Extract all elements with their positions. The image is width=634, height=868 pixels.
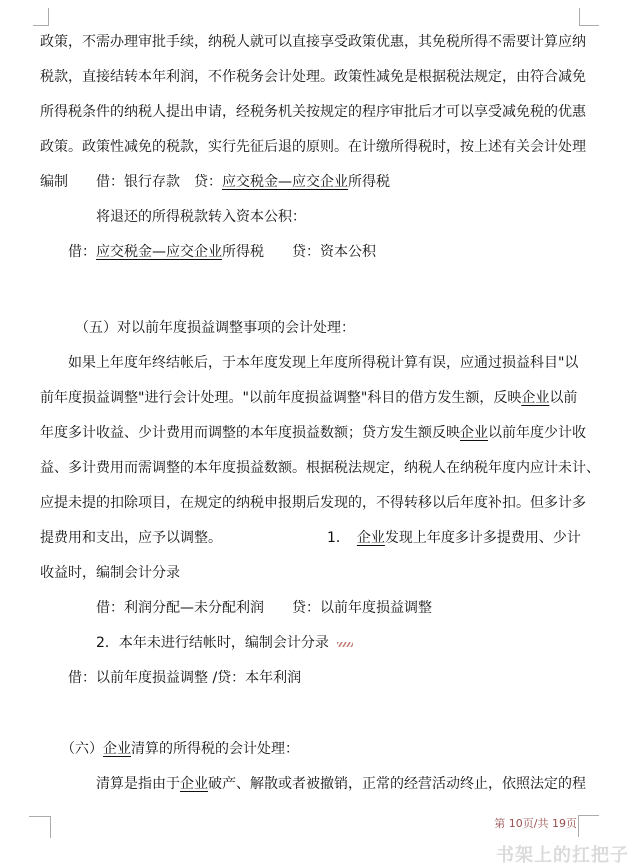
text-line: 清算是指由于企业破产、解散或者被撤销，正常的经营活动终止，依照法定的程 (40, 767, 600, 802)
text-line: 所得税条件的纳税人提出申请，经税务机关按规定的程序审批后才可以享受减免税的优惠 (40, 95, 600, 130)
text-segment: （五）对以前年度损益调整事项的会计处理： (40, 320, 355, 336)
underlined-text-segment: 应交税金—应交企业 (222, 174, 348, 190)
text-line: 政策，不需办理审批手续，纳税人就可以直接享受政策优惠，其免税所得不需要计算应纳 (40, 25, 600, 60)
text-segment: 破产、解散或者被撤销，正常的经营活动终止，依照法定的程 (208, 776, 586, 792)
text-segment: 政策。政策性减免的税款，实行先征后退的原则。在计缴所得税时，按上述有关会计处理 (40, 139, 586, 155)
underlined-text-segment: 企业 (103, 741, 131, 757)
text-segment: 以前 (549, 390, 577, 406)
text-segment: （六） (40, 741, 103, 757)
text-line: 收益时，编制会计分录 (40, 556, 600, 591)
margin-crop-mark-bottom-right (578, 815, 599, 837)
text-segment: 以前年度少计收 (488, 425, 586, 441)
text-line: 应提未提的扣除项目，在规定的纳税申报期后发现的，不得转移以后年度补扣。但多计多 (40, 486, 600, 521)
spellcheck-squiggle-icon (337, 642, 353, 647)
text-segment: 所得税条件的纳税人提出申请，经税务机关按规定的程序审批后才可以享受减免税的优惠 (40, 104, 586, 120)
underlined-text-segment: 企业 (357, 530, 385, 546)
paragraph-block: 政策，不需办理审批手续，纳税人就可以直接享受政策优惠，其免税所得不需要计算应纳税… (40, 25, 600, 270)
text-segment: 借：利润分配—未分配利润 贷：以前年度损益调整 (40, 600, 432, 616)
text-segment: 益、多计费用而需调整的本年度损益数额。根据税法规定，纳税人在纳税年度内应计未计、 (40, 460, 600, 476)
underlined-text-segment: 企业 (180, 776, 208, 792)
text-segment: 税款，直接结转本年利润，不作税务会计处理。政策性减免是根据税法规定，由符合减免 (40, 69, 586, 85)
margin-crop-mark-top-right (579, 8, 599, 26)
text-segment: 2．本年未进行结帐时，编制会计分录 (40, 635, 329, 651)
text-segment: 清算的所得税的会计处理： (131, 741, 299, 757)
document-content: 政策，不需办理审批手续，纳税人就可以直接享受政策优惠，其免税所得不需要计算应纳税… (40, 25, 600, 802)
text-line: 将退还的所得税款转入资本公积： (40, 200, 600, 235)
text-segment: 收益时，编制会计分录 (40, 565, 180, 581)
text-segment: 编制 借：银行存款 贷： (40, 174, 222, 190)
watermark-text: 书架上的扛把子 (496, 841, 629, 867)
text-line: （六）企业清算的所得税的会计处理： (40, 732, 600, 767)
text-segment: 清算是指由于 (40, 776, 180, 792)
margin-crop-mark-top-left (33, 8, 49, 26)
text-line: 年度多计收益、少计费用而调整的本年度损益数额；贷方发生额反映企业以前年度少计收 (40, 416, 600, 451)
text-line: 2．本年未进行结帐时，编制会计分录 (40, 626, 600, 661)
text-segment: 借： (40, 244, 96, 260)
text-line: 税款，直接结转本年利润，不作税务会计处理。政策性减免是根据税法规定，由符合减免 (40, 60, 600, 95)
underlined-text-segment: 企业 (521, 390, 549, 406)
text-line: 借：以前年度损益调整 /贷：本年利润 (40, 661, 600, 696)
text-line: 编制 借：银行存款 贷：应交税金—应交企业所得税 (40, 165, 600, 200)
text-segment: 所得税 贷：资本公积 (222, 244, 376, 260)
text-line: 政策。政策性减免的税款，实行先征后退的原则。在计缴所得税时，按上述有关会计处理 (40, 130, 600, 165)
text-segment: 政策，不需办理审批手续，纳税人就可以直接享受政策优惠，其免税所得不需要计算应纳 (40, 34, 586, 50)
document-page: 政策，不需办理审批手续，纳税人就可以直接享受政策优惠，其免税所得不需要计算应纳税… (0, 0, 634, 868)
text-line: （五）对以前年度损益调整事项的会计处理： (40, 311, 600, 346)
text-line: 如果上年度年终结帐后，于本年度发现上年度所得税计算有误，应通过损益科目"以 (40, 346, 600, 381)
text-segment: 借：以前年度损益调整 /贷：本年利润 (40, 670, 301, 686)
underlined-text-segment: 企业 (460, 425, 488, 441)
text-segment: 如果上年度年终结帐后，于本年度发现上年度所得税计算有误，应通过损益科目"以 (40, 355, 578, 371)
text-line: 前年度损益调整"进行会计处理。"以前年度损益调整"科目的借方发生额，反映企业以前 (40, 381, 600, 416)
text-segment: 应提未提的扣除项目，在规定的纳税申报期后发现的，不得转移以后年度补扣。但多计多 (40, 495, 586, 511)
text-segment: 发现上年度多计多提费用、少计 (385, 530, 581, 546)
text-segment: 将退还的所得税款转入资本公积： (40, 209, 306, 225)
paragraph-block: （六）企业清算的所得税的会计处理： 清算是指由于企业破产、解散或者被撤销，正常的… (40, 732, 600, 802)
text-line: 借：应交税金—应交企业所得税 贷：资本公积 (40, 235, 600, 270)
text-line: 提费用和支出，应予以调整。 1． 企业发现上年度多计多提费用、少计 (40, 521, 600, 556)
text-line: 借：利润分配—未分配利润 贷：以前年度损益调整 (40, 591, 600, 626)
page-number-indicator: 第 10页/共 19页 (0, 816, 577, 832)
paragraph-block: （五）对以前年度损益调整事项的会计处理： 如果上年度年终结帐后，于本年度发现上年… (40, 311, 600, 696)
text-line: 益、多计费用而需调整的本年度损益数额。根据税法规定，纳税人在纳税年度内应计未计、 (40, 451, 600, 486)
text-segment: 所得税 (348, 174, 390, 190)
underlined-text-segment: 应交税金—应交企业 (96, 244, 222, 260)
text-segment: 年度多计收益、少计费用而调整的本年度损益数额；贷方发生额反映 (40, 425, 460, 441)
text-segment: 前年度损益调整"进行会计处理。"以前年度损益调整"科目的借方发生额，反映 (40, 390, 521, 406)
text-segment: 提费用和支出，应予以调整。 1． (40, 530, 357, 546)
